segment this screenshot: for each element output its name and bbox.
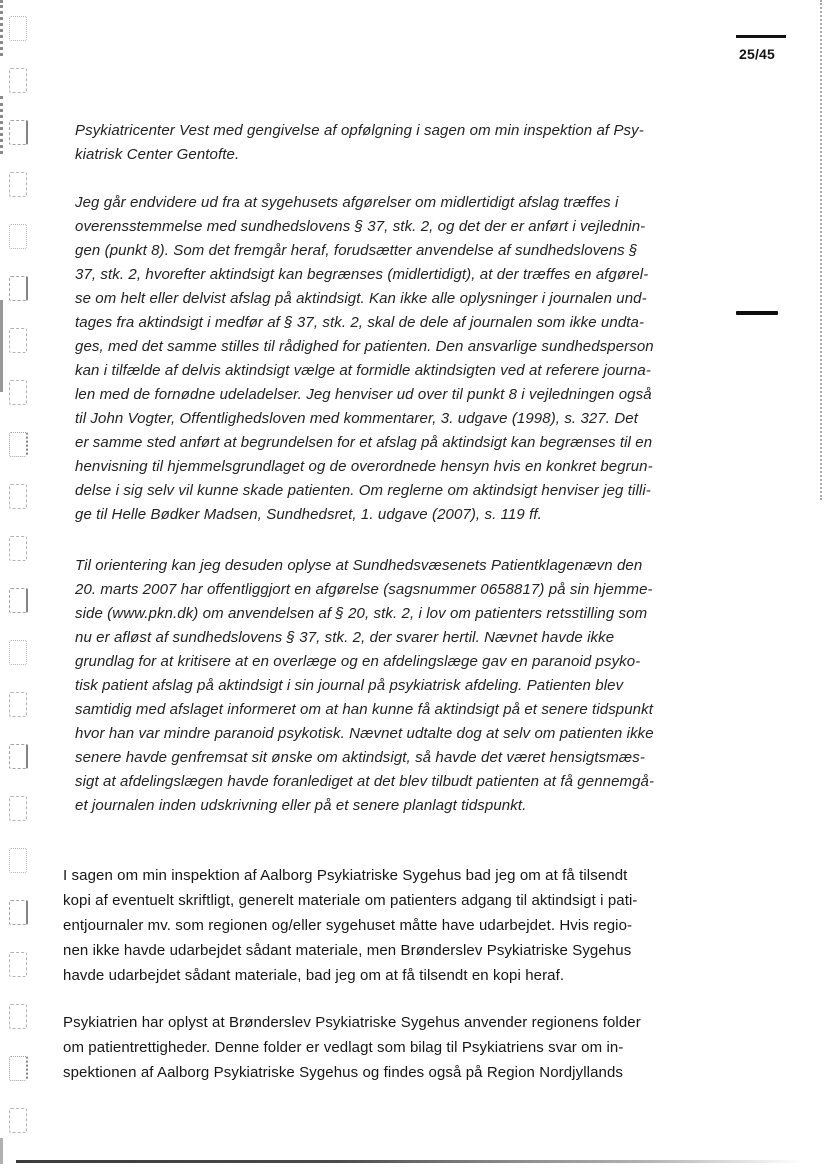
punch-hole-mark — [9, 1056, 28, 1081]
punch-hole-mark — [9, 432, 28, 457]
punch-hole-strip — [0, 0, 34, 1168]
document-page: 25/45 Psykiatricenter Vest med gengivels… — [0, 0, 825, 1168]
top-right-rule — [736, 35, 786, 38]
scan-edge-mark — [0, 300, 3, 392]
punch-hole-mark — [9, 68, 27, 93]
scan-edge-right — [820, 0, 822, 500]
paragraph-quote-intro: Psykiatricenter Vest med gengivelse af o… — [75, 119, 644, 167]
paragraph-aalborg-request: I sagen om min inspektion af Aalborg Psy… — [63, 863, 638, 988]
punch-hole-mark — [9, 1004, 27, 1029]
punch-hole-mark — [9, 224, 27, 249]
scan-edge-mark — [0, 0, 3, 56]
paragraph-psykiatrien-folder: Psykiatrien har oplyst at Brønderslev Ps… — [63, 1010, 641, 1085]
punch-hole-mark — [9, 120, 28, 145]
punch-hole-mark — [9, 900, 28, 925]
margin-dash — [736, 311, 778, 315]
punch-hole-mark — [9, 536, 27, 561]
punch-hole-mark — [9, 640, 27, 665]
punch-hole-mark — [9, 796, 27, 821]
punch-hole-mark — [9, 16, 27, 41]
paragraph-quote-patientklagenaevn: Til orientering kan jeg desuden oplyse a… — [75, 554, 654, 818]
punch-hole-mark — [9, 1108, 27, 1133]
punch-hole-mark — [9, 380, 27, 405]
scan-edge-bottom — [16, 1160, 810, 1163]
scan-edge-mark — [0, 96, 3, 154]
punch-hole-mark — [9, 744, 28, 769]
page-number: 25/45 — [739, 46, 775, 62]
punch-hole-mark — [9, 692, 27, 717]
punch-hole-mark — [9, 848, 27, 873]
punch-hole-mark — [9, 588, 28, 613]
punch-hole-mark — [9, 172, 27, 197]
paragraph-quote-legal-basis: Jeg går endvidere ud fra at sygehusets a… — [75, 191, 654, 527]
punch-hole-mark — [9, 276, 28, 301]
punch-hole-mark — [9, 484, 27, 509]
punch-hole-mark — [9, 952, 27, 977]
punch-hole-mark — [9, 328, 27, 353]
scan-edge-mark — [0, 1138, 3, 1164]
